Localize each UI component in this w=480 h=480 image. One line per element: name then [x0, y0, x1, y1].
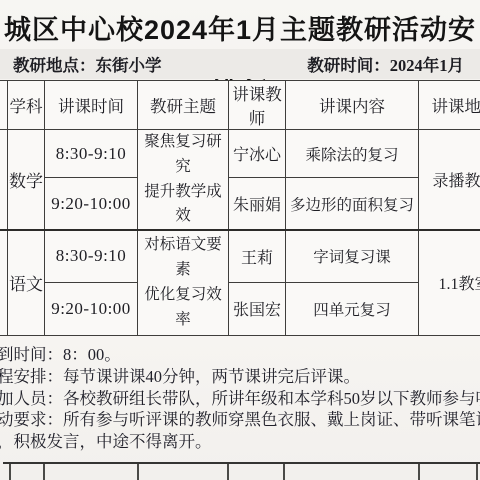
col-header-teacher: 讲课教师: [229, 81, 286, 130]
research-time: 教研时间：2024年1月: [307, 52, 480, 76]
time-cell: 8:30-9:10: [45, 130, 138, 178]
content-cell: 字词复习课: [286, 230, 419, 282]
table-row: 数学 8:30-9:10 聚焦复习研究 提升教学成效 宁冰心 乘除法的复习 录播…: [0, 130, 480, 178]
notes-line: 到时间：8：00。: [0, 344, 480, 366]
next-table-column-line: [476, 464, 478, 480]
theme-cell: 聚焦复习研究 提升教学成效: [138, 130, 229, 231]
col-header-time: 讲课时间: [45, 81, 138, 130]
next-table-column-line: [418, 464, 420, 480]
edge-cell: [0, 130, 8, 231]
edge-cell: [0, 230, 8, 335]
col-header-location: 讲课地点: [419, 81, 480, 130]
research-location-label: 教研地点：: [13, 57, 96, 75]
next-table-column-line: [227, 464, 229, 480]
notes-line: 加人员：各校教研组长带队，所讲年级和本学科50岁以下教师参与听评课活动，不: [0, 388, 480, 410]
theme-line: 聚焦复习研究: [138, 130, 228, 180]
col-header-content: 讲课内容: [286, 81, 419, 130]
teacher-cell: 王莉: [229, 230, 286, 282]
research-location: 教研地点：东街小学: [0, 52, 162, 76]
notes-line: 动要求：所有参与听评课的教师穿黑色衣服、戴上岗证、带听课笔记本。听评课时: [0, 409, 480, 431]
next-table-top-border: [3, 462, 480, 464]
location-cell: 录播教室: [419, 130, 480, 231]
subject-cell: 数学: [8, 130, 45, 231]
time-cell: 9:20-10:00: [45, 178, 138, 230]
time-cell: 8:30-9:10: [45, 230, 138, 282]
notes-line: 程安排：每节课讲课40分钟，两节课讲完后评课。: [0, 366, 480, 388]
document-page: 城区中心校2024年1月主题教研活动安排表 教研地点：东街小学 教研时间：202…: [0, 0, 480, 480]
col-header-subject: 学科: [8, 81, 45, 130]
subject-cell: 语文: [8, 230, 45, 335]
theme-cell: 对标语文要素 优化复习效率: [138, 230, 229, 335]
next-table-column-line: [43, 464, 45, 480]
theme-line: 对标语文要素: [138, 233, 228, 283]
notes-block: 到时间：8：00。 程安排：每节课讲课40分钟，两节课讲完后评课。 加人员：各校…: [0, 344, 480, 453]
research-time-value: 2024年1月: [390, 56, 464, 75]
next-table-column-line: [137, 464, 139, 480]
col-header-theme: 教研主题: [138, 81, 229, 130]
teacher-cell: 朱丽娟: [229, 178, 286, 230]
teacher-cell: 张国宏: [229, 282, 286, 335]
content-cell: 四单元复习: [286, 282, 419, 335]
notes-line: ，积极发言，中途不得离开。: [0, 431, 480, 453]
theme-line: 提升教学成效: [138, 180, 228, 230]
content-cell: 乘除法的复习: [286, 130, 419, 178]
theme-line: 优化复习效率: [138, 283, 228, 333]
info-bar: 教研地点：东街小学 教研时间：2024年1月: [0, 49, 480, 79]
location-cell: 1.1教室: [419, 230, 480, 335]
research-time-label: 教研时间：: [307, 57, 390, 75]
table-header-row: 学科 讲课时间 教研主题 讲课教师 讲课内容 讲课地点: [0, 81, 480, 130]
next-table-column-line: [9, 464, 11, 480]
table-row: 9:20-10:00 朱丽娟 多边形的面积复习: [0, 178, 480, 230]
teacher-cell: 宁冰心: [229, 130, 286, 178]
time-cell: 9:20-10:00: [45, 282, 138, 335]
table-row: 9:20-10:00 张国宏 四单元复习: [0, 282, 480, 335]
next-table-column-line: [283, 464, 285, 480]
research-location-value: 东街小学: [96, 57, 162, 75]
content-cell: 多边形的面积复习: [286, 178, 419, 230]
schedule-table: 学科 讲课时间 教研主题 讲课教师 讲课内容 讲课地点 数学 8:30-9:10…: [0, 80, 480, 336]
table-row: 语文 8:30-9:10 对标语文要素 优化复习效率 王莉 字词复习课 1.1教…: [0, 230, 480, 282]
table-corner-cell: [0, 81, 8, 130]
